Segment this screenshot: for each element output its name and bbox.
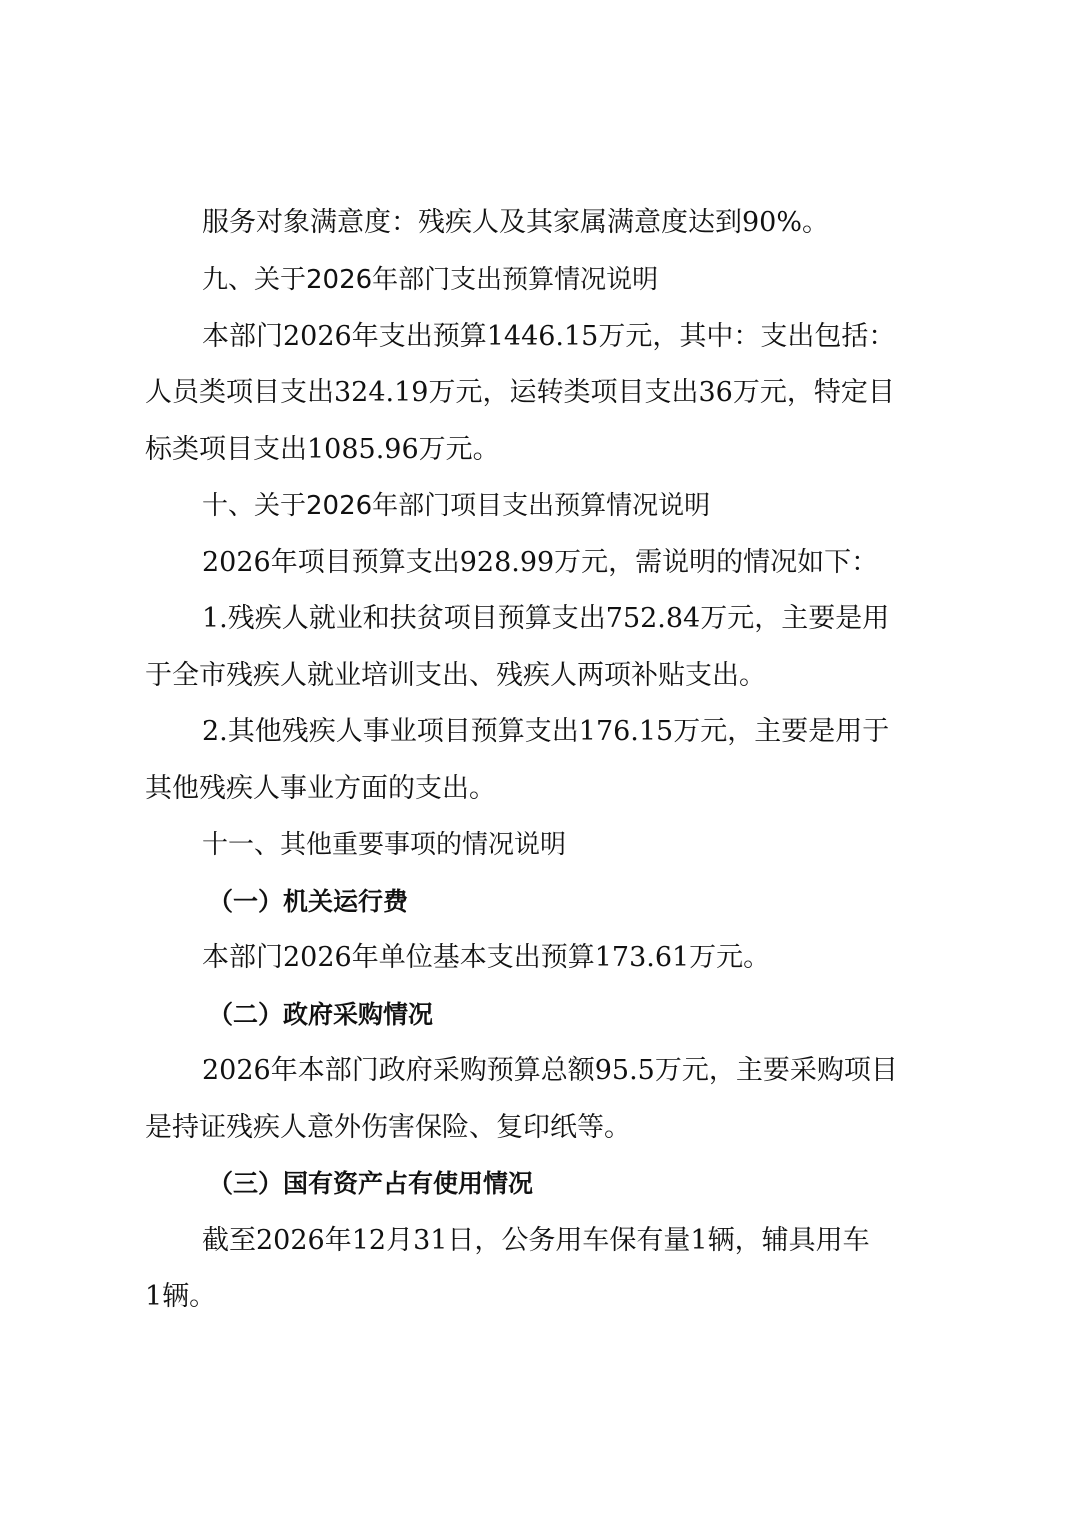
subheading-state-assets: （三）国有资产占有使用情况 <box>208 1169 533 1199</box>
heading-section-9: 九、关于2026年部门支出预算情况说明 <box>202 265 658 295</box>
paragraph-10-item-2-cont: 其他残疾人事业方面的支出。 <box>145 774 496 804</box>
paragraph-assets-line-1: 截至2026年12月31日，公务用车保有量1辆，辅具用车 <box>202 1226 870 1256</box>
paragraph-satisfaction: 服务对象满意度：残疾人及其家属满意度达到90%。 <box>202 208 829 238</box>
paragraph-9-line-3: 标类项目支出1085.96万元。 <box>145 435 500 465</box>
paragraph-procurement-line-1: 2026年本部门政府采购预算总额95.5万元，主要采购项目 <box>202 1056 898 1086</box>
paragraph-9-line-1: 本部门2026年支出预算1446.15万元，其中：支出包括： <box>202 322 895 352</box>
paragraph-10-line-1: 2026年项目预算支出928.99万元，需说明的情况如下： <box>202 548 878 578</box>
paragraph-10-item-1: 1.残疾人就业和扶贫项目预算支出752.84万元，主要是用 <box>202 604 889 634</box>
heading-section-11: 十一、其他重要事项的情况说明 <box>202 830 566 860</box>
paragraph-9-line-2: 人员类项目支出324.19万元，运转类项目支出36万元，特定目 <box>145 378 895 408</box>
paragraph-10-item-1-cont: 于全市残疾人就业培训支出、残疾人两项补贴支出。 <box>145 661 766 691</box>
heading-section-10: 十、关于2026年部门项目支出预算情况说明 <box>202 491 710 521</box>
paragraph-operating-costs: 本部门2026年单位基本支出预算173.61万元。 <box>202 943 770 973</box>
subheading-procurement: （二）政府采购情况 <box>208 1000 433 1030</box>
paragraph-assets-line-2: 1辆。 <box>145 1282 216 1312</box>
subheading-operating-costs: （一）机关运行费 <box>208 887 408 917</box>
paragraph-procurement-line-2: 是持证残疾人意外伤害保险、复印纸等。 <box>145 1113 631 1143</box>
paragraph-10-item-2: 2.其他残疾人事业项目预算支出176.15万元，主要是用于 <box>202 717 889 747</box>
